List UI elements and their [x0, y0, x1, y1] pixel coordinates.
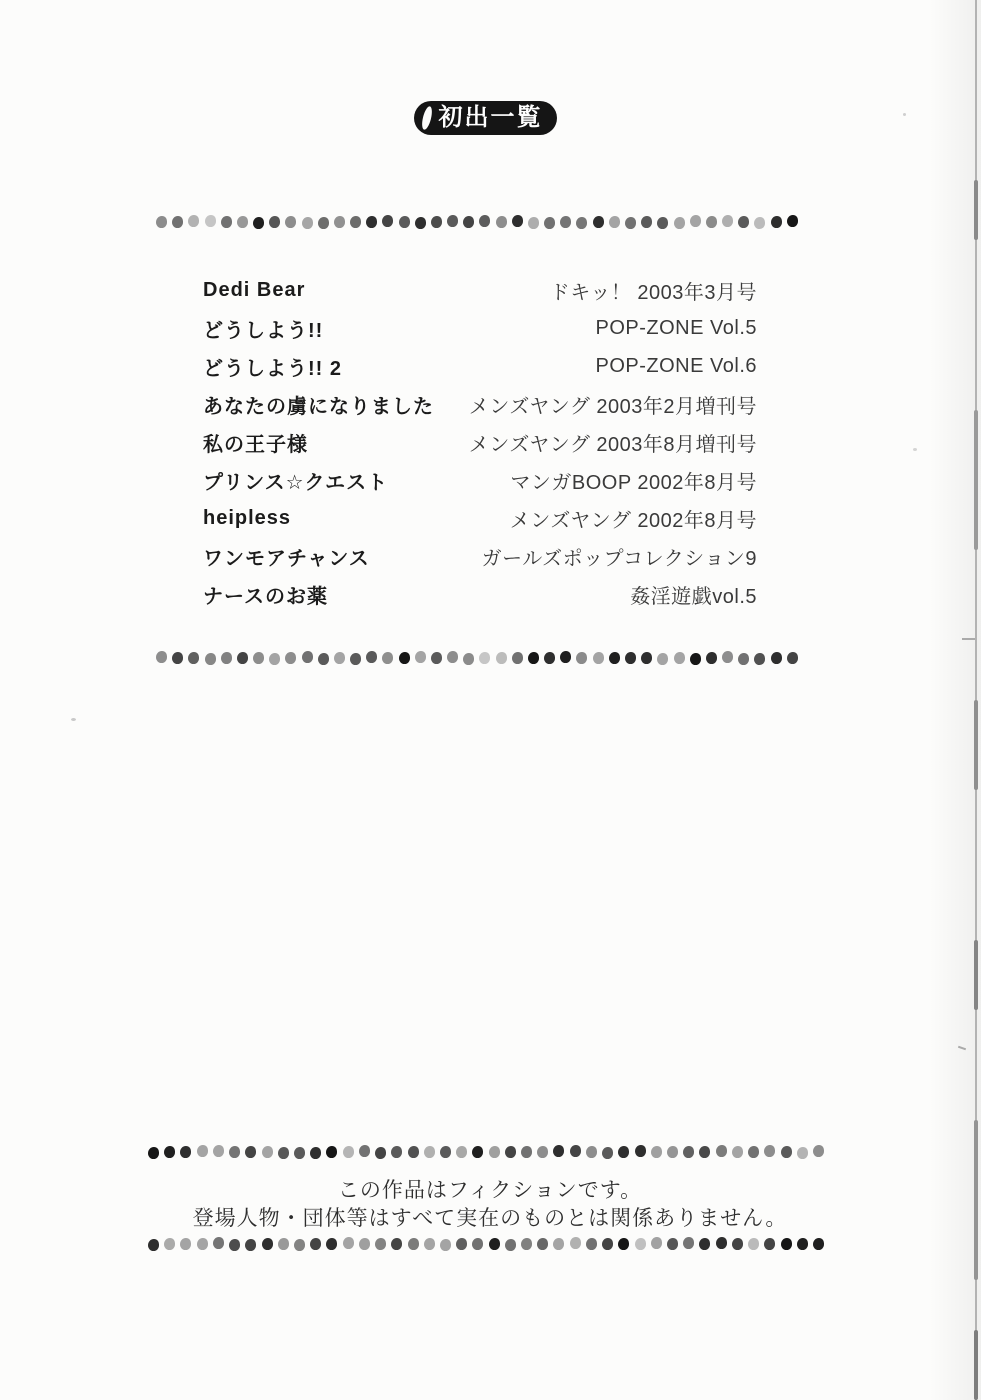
- scan-edge-artifact: [974, 1330, 978, 1400]
- separator-dot: [754, 217, 765, 229]
- dotted-separator-top: [156, 215, 798, 229]
- separator-dot: [262, 1238, 273, 1250]
- separator-dot: [334, 216, 345, 228]
- section-title-badge: 初出一覧: [414, 101, 557, 135]
- separator-dot: [456, 1146, 467, 1158]
- separator-dot: [294, 1147, 305, 1159]
- separator-dot: [651, 1237, 662, 1249]
- separator-dot: [237, 216, 248, 228]
- separator-dot: [586, 1146, 597, 1158]
- separator-dot: [657, 653, 668, 665]
- work-title-label: ワンモアチャンス: [203, 542, 370, 571]
- separator-dot: [609, 652, 620, 664]
- separator-dot: [489, 1146, 500, 1158]
- separator-dot: [641, 216, 652, 228]
- work-row: heipless メンズヤング 2002年8月号: [203, 499, 757, 537]
- dotted-separator-middle: [156, 651, 798, 665]
- separator-dot: [674, 217, 685, 229]
- separator-dot: [164, 1238, 175, 1250]
- separator-dot: [408, 1238, 419, 1250]
- separator-dot: [278, 1238, 289, 1250]
- scan-edge-artifact: [974, 1120, 978, 1280]
- separator-dot: [213, 1145, 224, 1157]
- separator-dot: [722, 651, 733, 663]
- separator-dot: [463, 653, 474, 665]
- separator-dot: [245, 1239, 256, 1251]
- separator-dot: [391, 1238, 402, 1250]
- separator-dot: [221, 652, 232, 664]
- separator-dot: [570, 1145, 581, 1157]
- separator-dot: [570, 1237, 581, 1249]
- separator-dot: [553, 1145, 564, 1157]
- separator-dot: [262, 1146, 273, 1158]
- separator-dot: [609, 216, 620, 228]
- separator-dot: [359, 1238, 370, 1250]
- separator-dot: [382, 215, 393, 227]
- separator-dot: [797, 1238, 808, 1250]
- work-title-label: プリンス☆クエスト: [203, 466, 388, 495]
- separator-dot: [148, 1147, 159, 1159]
- separator-dot: [172, 216, 183, 228]
- separator-dot: [732, 1146, 743, 1158]
- separator-dot: [253, 652, 264, 664]
- separator-dot: [391, 1146, 402, 1158]
- separator-dot: [269, 216, 280, 228]
- separator-dot: [496, 652, 507, 664]
- separator-dot: [399, 216, 410, 228]
- separator-dot: [496, 216, 507, 228]
- separator-dot: [651, 1146, 662, 1158]
- work-title-label: あなたの虜になりました: [203, 390, 434, 419]
- separator-dot: [366, 216, 377, 228]
- separator-dot: [285, 216, 296, 228]
- scanned-page: 初出一覧 Dedi Bear ドキッ！ 2003年3月号 どうしよう!! POP…: [0, 0, 981, 1400]
- separator-dot: [706, 216, 717, 228]
- work-row: プリンス☆クエスト マンガBOOP 2002年8月号: [203, 461, 757, 499]
- separator-dot: [326, 1238, 337, 1250]
- separator-dot: [537, 1238, 548, 1250]
- separator-dot: [716, 1145, 727, 1157]
- separator-dot: [472, 1238, 483, 1250]
- separator-dot: [343, 1237, 354, 1249]
- separator-dot: [722, 215, 733, 227]
- scan-speck: [913, 448, 917, 451]
- separator-dot: [699, 1146, 710, 1158]
- separator-dot: [285, 652, 296, 664]
- separator-dot: [318, 217, 329, 229]
- separator-dot: [415, 651, 426, 663]
- separator-dot: [667, 1146, 678, 1158]
- separator-dot: [706, 652, 717, 664]
- separator-dot: [505, 1239, 516, 1251]
- separator-dot: [172, 652, 183, 664]
- separator-dot: [278, 1147, 289, 1159]
- separator-dot: [618, 1238, 629, 1250]
- work-row: 私の王子様 メンズヤング 2003年8月増刊号: [203, 423, 757, 461]
- separator-dot: [602, 1238, 613, 1250]
- separator-dot: [440, 1146, 451, 1158]
- work-source-label: 姦淫遊戯vol.5: [630, 580, 757, 609]
- separator-dot: [635, 1145, 646, 1157]
- separator-dot: [148, 1239, 159, 1251]
- separator-dot: [690, 215, 701, 227]
- separator-dot: [188, 652, 199, 664]
- separator-dot: [489, 1238, 500, 1250]
- separator-dot: [382, 652, 393, 664]
- separator-dot: [463, 216, 474, 228]
- separator-dot: [156, 216, 167, 228]
- separator-dot: [586, 1238, 597, 1250]
- disclaimer-line-2: 登場人物・団体等はすべて実在のものとは関係ありません。: [100, 1205, 880, 1233]
- separator-dot: [479, 652, 490, 664]
- scan-edge-artifact: [974, 410, 978, 550]
- works-list: Dedi Bear ドキッ！ 2003年3月号 どうしよう!! POP-ZONE…: [203, 271, 757, 613]
- work-source-label: POP-ZONE Vol.6: [596, 355, 758, 378]
- separator-dot: [544, 217, 555, 229]
- work-title-label: どうしよう!! 2: [203, 352, 342, 381]
- separator-dot: [334, 652, 345, 664]
- work-row: どうしよう!! 2 POP-ZONE Vol.6: [203, 347, 757, 385]
- separator-dot: [641, 652, 652, 664]
- work-title-label: ナースのお薬: [203, 580, 328, 609]
- separator-dot: [690, 653, 701, 665]
- separator-dot: [472, 1146, 483, 1158]
- separator-dot: [164, 1146, 175, 1158]
- separator-dot: [754, 653, 765, 665]
- separator-dot: [748, 1238, 759, 1250]
- separator-dot: [764, 1145, 775, 1157]
- work-source-label: ガールズポップコレクション9: [482, 542, 757, 571]
- dotted-separator-footer-bottom: [148, 1237, 824, 1251]
- work-row: Dedi Bear ドキッ！ 2003年3月号: [203, 271, 757, 309]
- separator-dot: [310, 1147, 321, 1159]
- separator-dot: [302, 651, 313, 663]
- work-row: ナースのお薬 姦淫遊戯vol.5: [203, 575, 757, 613]
- separator-dot: [813, 1145, 824, 1157]
- dotted-separator-footer-top: [148, 1145, 824, 1159]
- separator-dot: [797, 1147, 808, 1159]
- work-title-label: Dedi Bear: [203, 279, 305, 302]
- separator-dot: [479, 215, 490, 227]
- separator-dot: [699, 1238, 710, 1250]
- separator-dot: [350, 216, 361, 228]
- work-source-label: ドキッ！ 2003年3月号: [550, 276, 757, 305]
- separator-dot: [408, 1146, 419, 1158]
- separator-dot: [456, 1238, 467, 1250]
- separator-dot: [447, 651, 458, 663]
- separator-dot: [326, 1146, 337, 1158]
- separator-dot: [576, 217, 587, 229]
- separator-dot: [197, 1145, 208, 1157]
- work-row: どうしよう!! POP-ZONE Vol.5: [203, 309, 757, 347]
- separator-dot: [375, 1238, 386, 1250]
- separator-dot: [576, 652, 587, 664]
- work-title-label: heipless: [203, 507, 291, 530]
- separator-dot: [512, 652, 523, 664]
- separator-dot: [674, 652, 685, 664]
- work-source-label: マンガBOOP 2002年8月号: [510, 466, 757, 495]
- separator-dot: [521, 1238, 532, 1250]
- separator-dot: [683, 1146, 694, 1158]
- separator-dot: [764, 1238, 775, 1250]
- separator-dot: [667, 1238, 678, 1250]
- separator-dot: [440, 1239, 451, 1251]
- separator-dot: [813, 1238, 824, 1250]
- separator-dot: [732, 1238, 743, 1250]
- separator-dot: [180, 1146, 191, 1158]
- scan-edge-artifact: [974, 700, 978, 790]
- separator-dot: [424, 1238, 435, 1250]
- separator-dot: [156, 651, 167, 663]
- separator-dot: [544, 652, 555, 664]
- separator-dot: [294, 1239, 305, 1251]
- separator-dot: [635, 1238, 646, 1250]
- disclaimer-line-1: この作品はフィクションです。: [100, 1177, 880, 1205]
- separator-dot: [771, 652, 782, 664]
- section-title: 初出一覧: [429, 106, 543, 130]
- separator-dot: [716, 1237, 727, 1249]
- separator-dot: [787, 215, 798, 227]
- separator-dot: [787, 652, 798, 664]
- separator-dot: [683, 1237, 694, 1249]
- separator-dot: [269, 653, 280, 665]
- separator-dot: [229, 1146, 240, 1158]
- separator-dot: [748, 1146, 759, 1158]
- separator-dot: [512, 215, 523, 227]
- scan-edge-artifact: [974, 180, 978, 240]
- work-source-label: メンズヤング 2003年2月増刊号: [469, 390, 757, 419]
- separator-dot: [415, 217, 426, 229]
- separator-dot: [253, 217, 264, 229]
- separator-dot: [771, 216, 782, 228]
- separator-dot: [560, 651, 571, 663]
- separator-dot: [781, 1238, 792, 1250]
- separator-dot: [447, 215, 458, 227]
- separator-dot: [221, 216, 232, 228]
- separator-dot: [521, 1146, 532, 1158]
- separator-dot: [528, 652, 539, 664]
- separator-dot: [197, 1238, 208, 1250]
- separator-dot: [213, 1237, 224, 1249]
- separator-dot: [738, 653, 749, 665]
- separator-dot: [618, 1146, 629, 1158]
- separator-dot: [781, 1146, 792, 1158]
- work-source-label: POP-ZONE Vol.5: [596, 317, 758, 340]
- separator-dot: [431, 652, 442, 664]
- separator-dot: [537, 1146, 548, 1158]
- separator-dot: [505, 1146, 516, 1158]
- separator-dot: [657, 217, 668, 229]
- work-title-label: どうしよう!!: [203, 314, 323, 343]
- separator-dot: [205, 215, 216, 227]
- separator-dot: [188, 215, 199, 227]
- separator-dot: [205, 653, 216, 665]
- separator-dot: [528, 217, 539, 229]
- work-source-label: メンズヤング 2003年8月増刊号: [469, 428, 757, 457]
- separator-dot: [431, 216, 442, 228]
- disclaimer-block: この作品はフィクションです。 登場人物・団体等はすべて実在のものとは関係ありませ…: [100, 1177, 880, 1233]
- separator-dot: [310, 1238, 321, 1250]
- work-source-label: メンズヤング 2002年8月号: [510, 504, 757, 533]
- separator-dot: [343, 1146, 354, 1158]
- separator-dot: [625, 217, 636, 229]
- separator-dot: [229, 1239, 240, 1251]
- scan-speck: [903, 113, 906, 116]
- separator-dot: [366, 651, 377, 663]
- separator-dot: [359, 1145, 370, 1157]
- separator-dot: [593, 216, 604, 228]
- separator-dot: [375, 1147, 386, 1159]
- scan-edge-artifact: [974, 940, 978, 1010]
- separator-dot: [318, 653, 329, 665]
- separator-dot: [553, 1238, 564, 1250]
- separator-dot: [180, 1238, 191, 1250]
- work-row: あなたの虜になりました メンズヤング 2003年2月増刊号: [203, 385, 757, 423]
- separator-dot: [245, 1146, 256, 1158]
- separator-dot: [399, 652, 410, 664]
- separator-dot: [625, 652, 636, 664]
- separator-dot: [593, 652, 604, 664]
- separator-dot: [738, 216, 749, 228]
- separator-dot: [424, 1146, 435, 1158]
- scan-speck: [71, 718, 76, 721]
- work-row: ワンモアチャンス ガールズポップコレクション9: [203, 537, 757, 575]
- scan-edge-artifact: [962, 638, 975, 640]
- separator-dot: [350, 653, 361, 665]
- separator-dot: [237, 652, 248, 664]
- separator-dot: [302, 217, 313, 229]
- separator-dot: [602, 1147, 613, 1159]
- work-title-label: 私の王子様: [203, 428, 308, 457]
- separator-dot: [560, 216, 571, 228]
